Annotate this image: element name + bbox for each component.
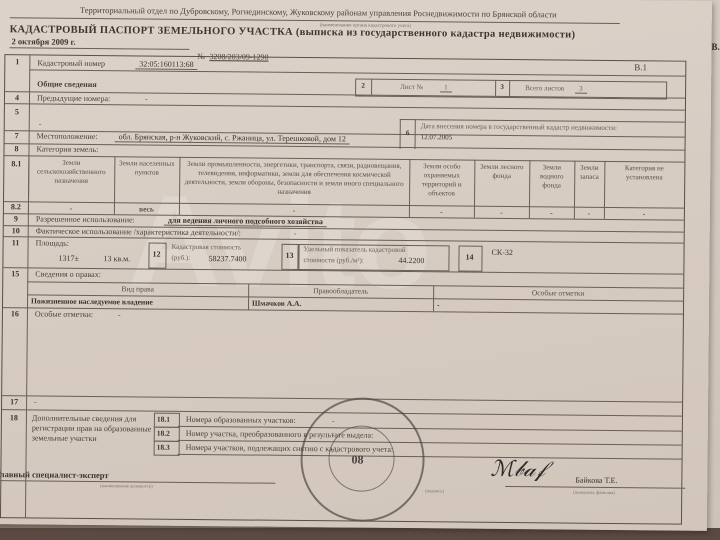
category-header: Категория не установлена <box>606 164 682 183</box>
total-sheets-label: Всего листов <box>525 84 564 92</box>
rights-column-header: Правообладатель <box>248 285 433 296</box>
row-number: 2 <box>352 81 374 89</box>
stamp-number: 08 <box>351 452 363 467</box>
permitted-use-label: Разрешенное использование: <box>36 214 135 224</box>
unit-value: 44.2200 <box>398 256 424 265</box>
cadastral-value-label: Кадастровая стоимость <box>172 243 242 252</box>
issuing-authority: Территориальный отдел по Дубровскому, Ро… <box>80 5 557 20</box>
category-value: - <box>409 207 474 217</box>
rights-cell: Пожизненное наследуемое владение <box>31 296 153 306</box>
row-number: 7 <box>6 131 28 140</box>
cadastral-passport-page: Avito Территориальный отдел по Дубровско… <box>0 0 712 531</box>
row-number: 12 <box>145 250 167 259</box>
row-number: 5 <box>6 107 28 116</box>
general-info-heading: Общие сведения <box>37 79 97 89</box>
cadastral-number-value: 32:05:160113:68 <box>135 59 197 70</box>
category-header: Земли сельскохозяйственного назначения <box>30 158 112 186</box>
name-caption: (инициалы, фамилия) <box>573 490 615 495</box>
row-number: 1 <box>6 57 28 66</box>
row-number: 16 <box>4 309 26 318</box>
row-number: 8.2 <box>5 202 27 211</box>
row-number: 9 <box>5 214 27 223</box>
special-notes-label: Особые отметки: <box>35 309 93 319</box>
row-number: 4 <box>6 93 28 102</box>
special-notes-value: - <box>118 310 121 319</box>
land-category-label: Категория земель: <box>36 144 98 154</box>
actual-use-value: - <box>294 229 297 238</box>
rights-cell: - <box>437 300 440 309</box>
category-header: Земли промышленности, энергетики, трансп… <box>181 160 407 198</box>
total-sheets-value: 3 <box>575 85 587 94</box>
location-value: обл. Брянская, р-н Жуковский, с. Ржаница… <box>115 132 350 144</box>
row5-value: - <box>39 119 42 128</box>
unit-value-unit: стоимости (руб./м²): <box>303 256 363 265</box>
previous-numbers-value: - <box>145 94 148 103</box>
signature-caption: (подпись) <box>425 488 444 493</box>
category-value: - <box>474 208 529 218</box>
unit-value-label: Удельный показатель кадастровой <box>304 245 406 254</box>
rights-label: Сведения о правах: <box>35 269 101 279</box>
rights-cell: Шмачков А.А. <box>252 299 301 308</box>
signature: ℳ𝒷𝒶𝒻 <box>490 457 545 483</box>
additional-info-label: Дополнительные сведения для регистрации … <box>32 413 152 444</box>
position-caption: (наименование должности) <box>100 483 152 489</box>
row-number: 15 <box>4 269 26 278</box>
subrow-label: Номера образованных участков: <box>186 415 296 425</box>
area-value: 1317± <box>58 254 78 263</box>
registration-date-label: Дата внесения номера в государственный к… <box>421 122 617 132</box>
sheet-value: 1 <box>440 83 452 92</box>
subrow-number: 18.3 <box>157 443 170 452</box>
row-number: 11 <box>5 238 27 247</box>
category-header: Земли водного фонда <box>531 163 572 190</box>
category-header: Земли лесного фонда <box>476 163 527 181</box>
previous-numbers-label: Предыдущие номера: <box>37 93 110 103</box>
row-number: 14 <box>458 253 480 262</box>
signatory-name: Байкова Т.Е. <box>575 476 617 485</box>
subrow-number: 18.1 <box>157 415 170 424</box>
permitted-use-value: для ведения личного подсобного хозяйства <box>164 216 327 228</box>
area-label: Площадь: <box>36 238 70 247</box>
category-value: весь <box>114 204 179 214</box>
area-tolerance: 13 кв.м. <box>103 254 130 263</box>
row-number: 10 <box>5 226 27 235</box>
category-header: Земли запаса <box>576 164 602 182</box>
cadastral-value: 58237.7400 <box>208 254 246 263</box>
registration-date-value: 12.07.2005 <box>421 133 453 141</box>
category-value: - <box>604 209 684 219</box>
category-value: - <box>529 208 574 217</box>
category-value: - <box>574 209 604 218</box>
row-number: 18 <box>3 413 25 422</box>
category-header: Земли населенных пунктов <box>116 159 177 178</box>
subrow-number: 18.2 <box>157 429 170 438</box>
row-number: 8 <box>5 144 27 153</box>
category-header: Земли особо охраняемых территорий и объе… <box>411 162 472 199</box>
document-title: КАДАСТРОВЫЙ ПАСПОРТ ЗЕМЕЛЬНОГО УЧАСТКА (… <box>10 24 576 40</box>
category-value: - <box>28 203 114 213</box>
row14-value: СК-32 <box>492 248 513 257</box>
cadastral-number-label: Кадастровый номер <box>37 58 105 68</box>
rights-column-header: Вид права <box>27 283 248 294</box>
cadastral-value-unit: (руб.): <box>171 254 190 262</box>
row-number: 6 <box>397 129 419 137</box>
row17-value: - <box>34 397 37 406</box>
rights-column-header: Особые отметки <box>433 287 683 298</box>
row-number: 3 <box>491 83 513 91</box>
issue-date: 2 октября 2009 г. <box>11 36 75 47</box>
sheet-label: Лист № <box>400 83 423 91</box>
row-number: 17 <box>3 397 25 406</box>
position-title: Главный специалист-эксперт <box>0 469 109 480</box>
row-number: 8.1 <box>5 159 27 168</box>
location-label: Местоположение: <box>37 131 98 141</box>
